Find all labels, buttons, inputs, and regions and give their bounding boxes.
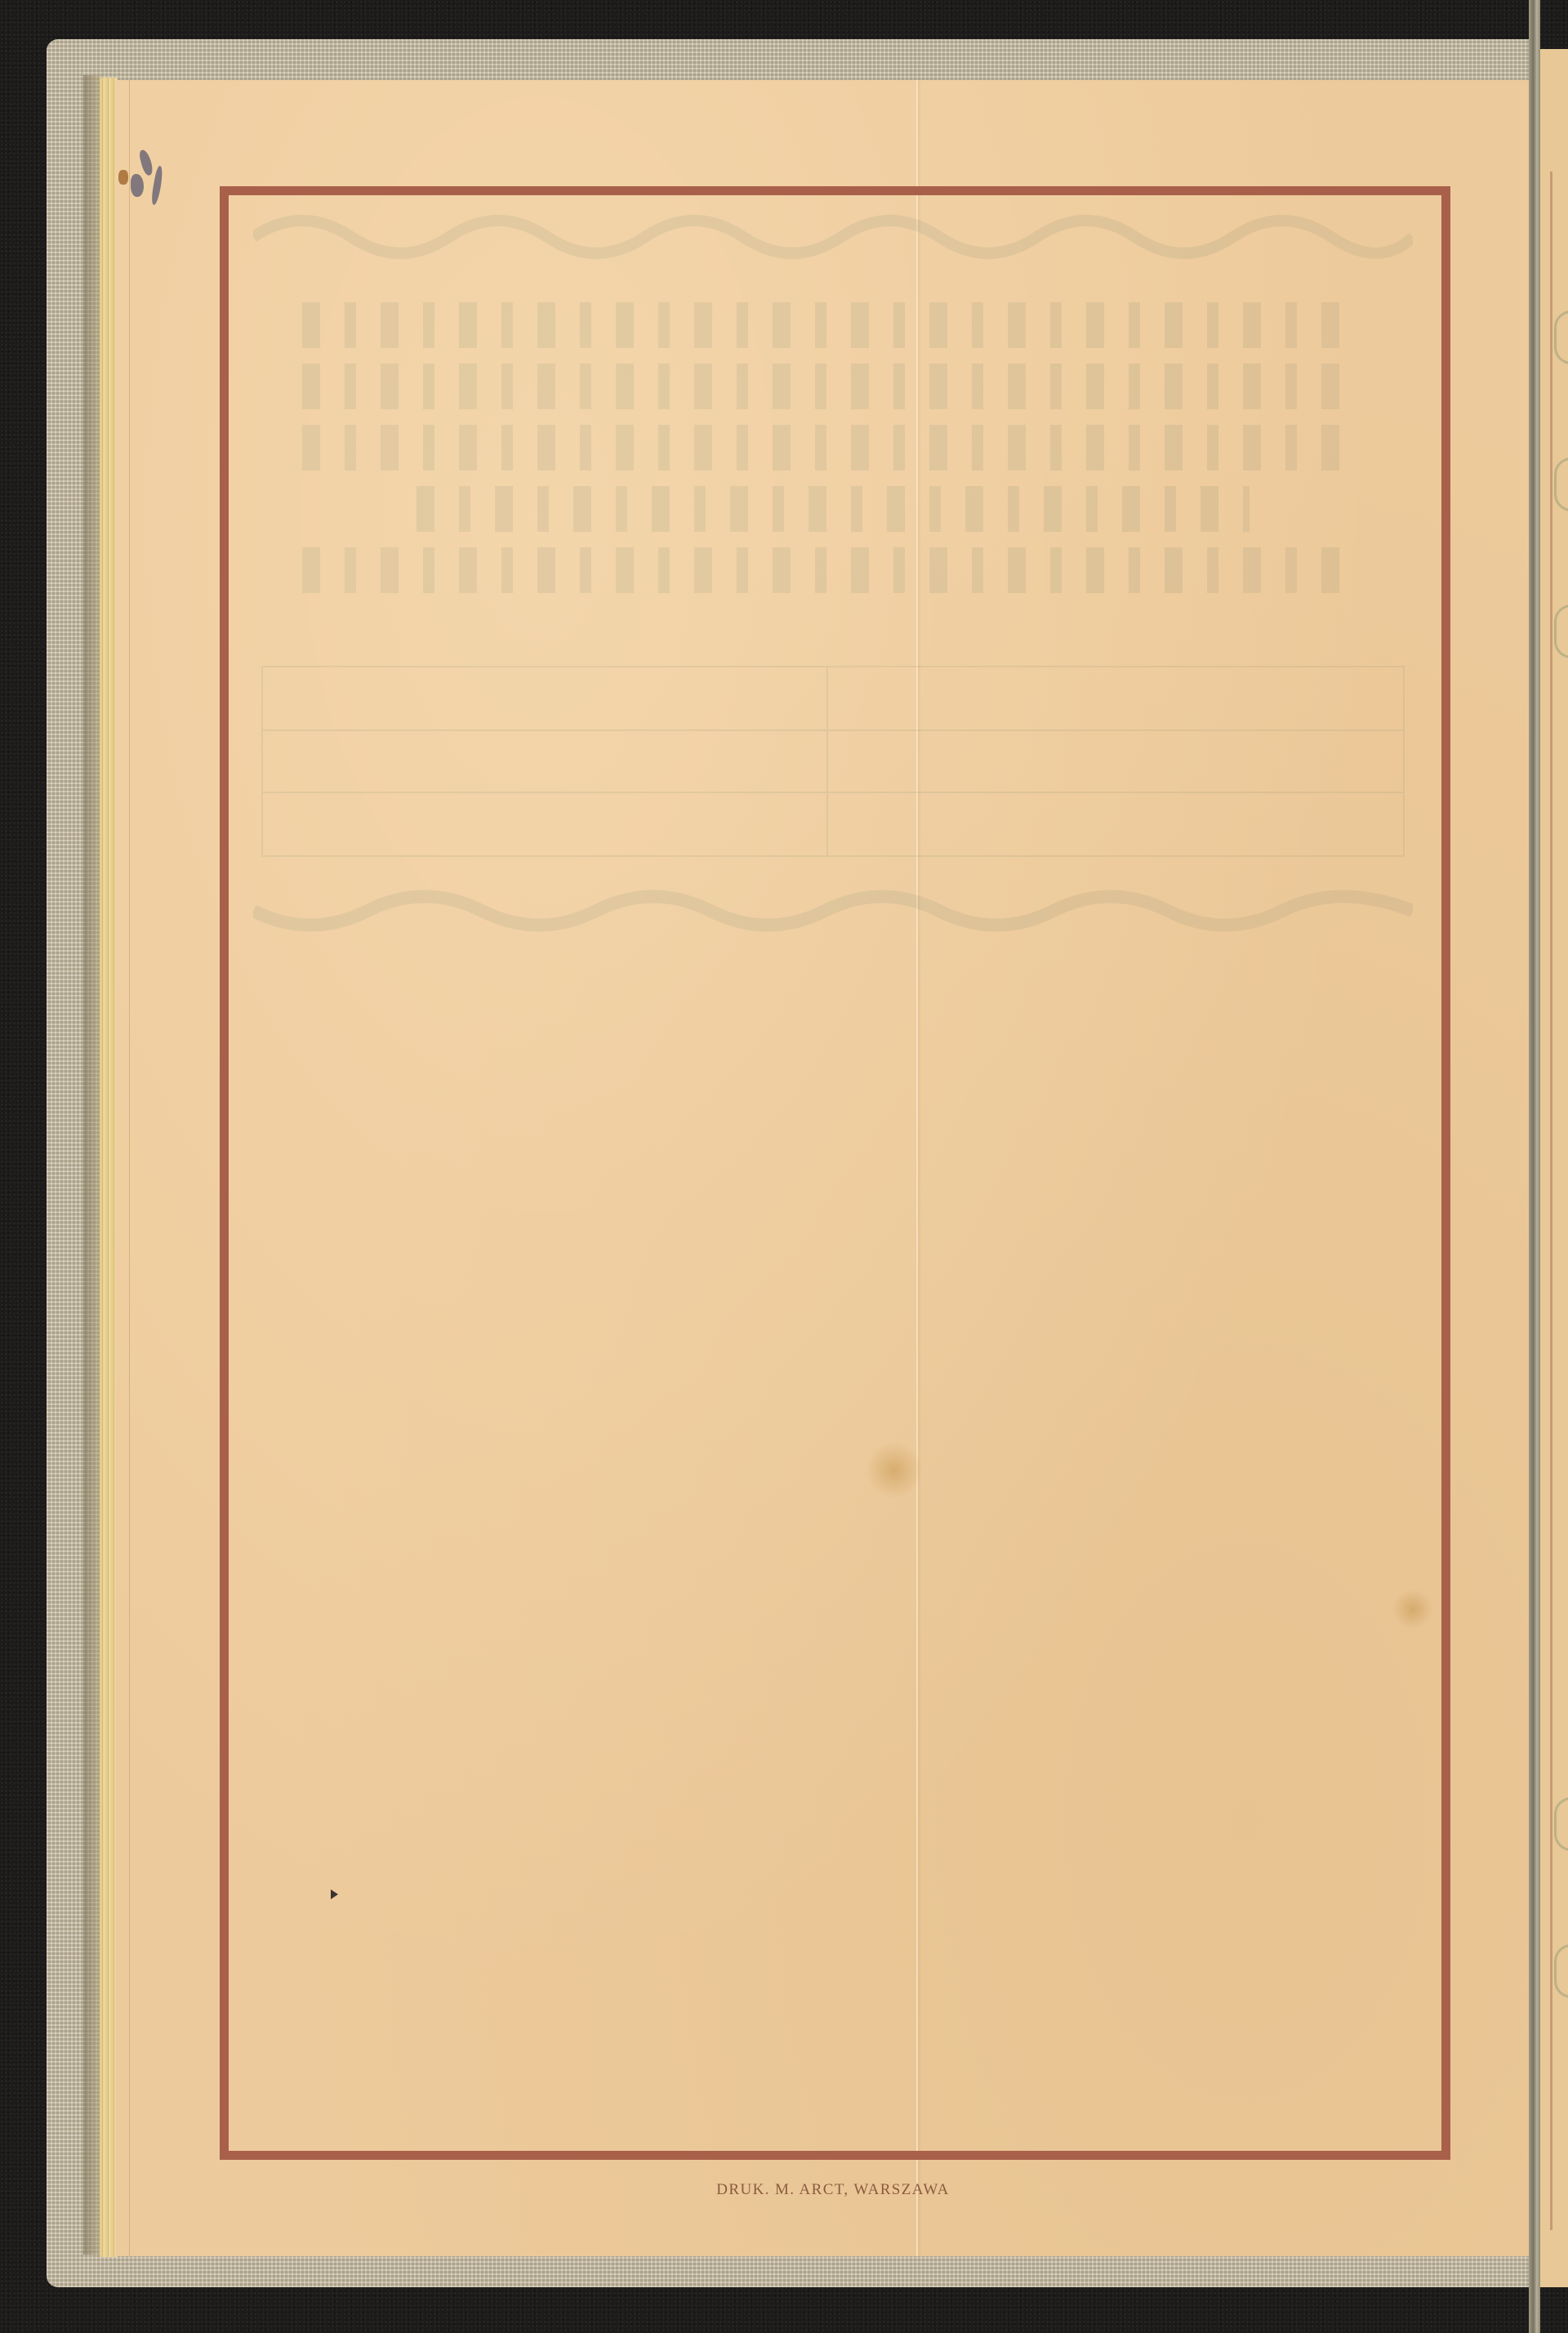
foxing-stain bbox=[866, 1442, 923, 1499]
paper-hinge-line bbox=[129, 80, 130, 2256]
foxing-stain bbox=[1392, 1589, 1433, 1630]
adjacent-page-ornament-icon bbox=[1554, 310, 1568, 364]
adjacent-page-ornament-icon bbox=[1554, 457, 1568, 511]
book-gutter bbox=[1529, 0, 1540, 2333]
printer-imprint: DRUK. M. ARCT, WARSZAWA bbox=[710, 2181, 955, 2199]
brown-mark bbox=[118, 170, 128, 185]
page-edges bbox=[100, 78, 118, 2257]
adjacent-page-ornament-icon bbox=[1554, 1797, 1568, 1851]
spine-shadow bbox=[83, 75, 101, 2255]
adjacent-page-ornament-icon bbox=[1554, 604, 1568, 658]
page-border-frame bbox=[220, 186, 1450, 2160]
ink-blot-icon bbox=[131, 174, 144, 197]
adjacent-page-ornament-icon bbox=[1554, 1944, 1568, 1998]
